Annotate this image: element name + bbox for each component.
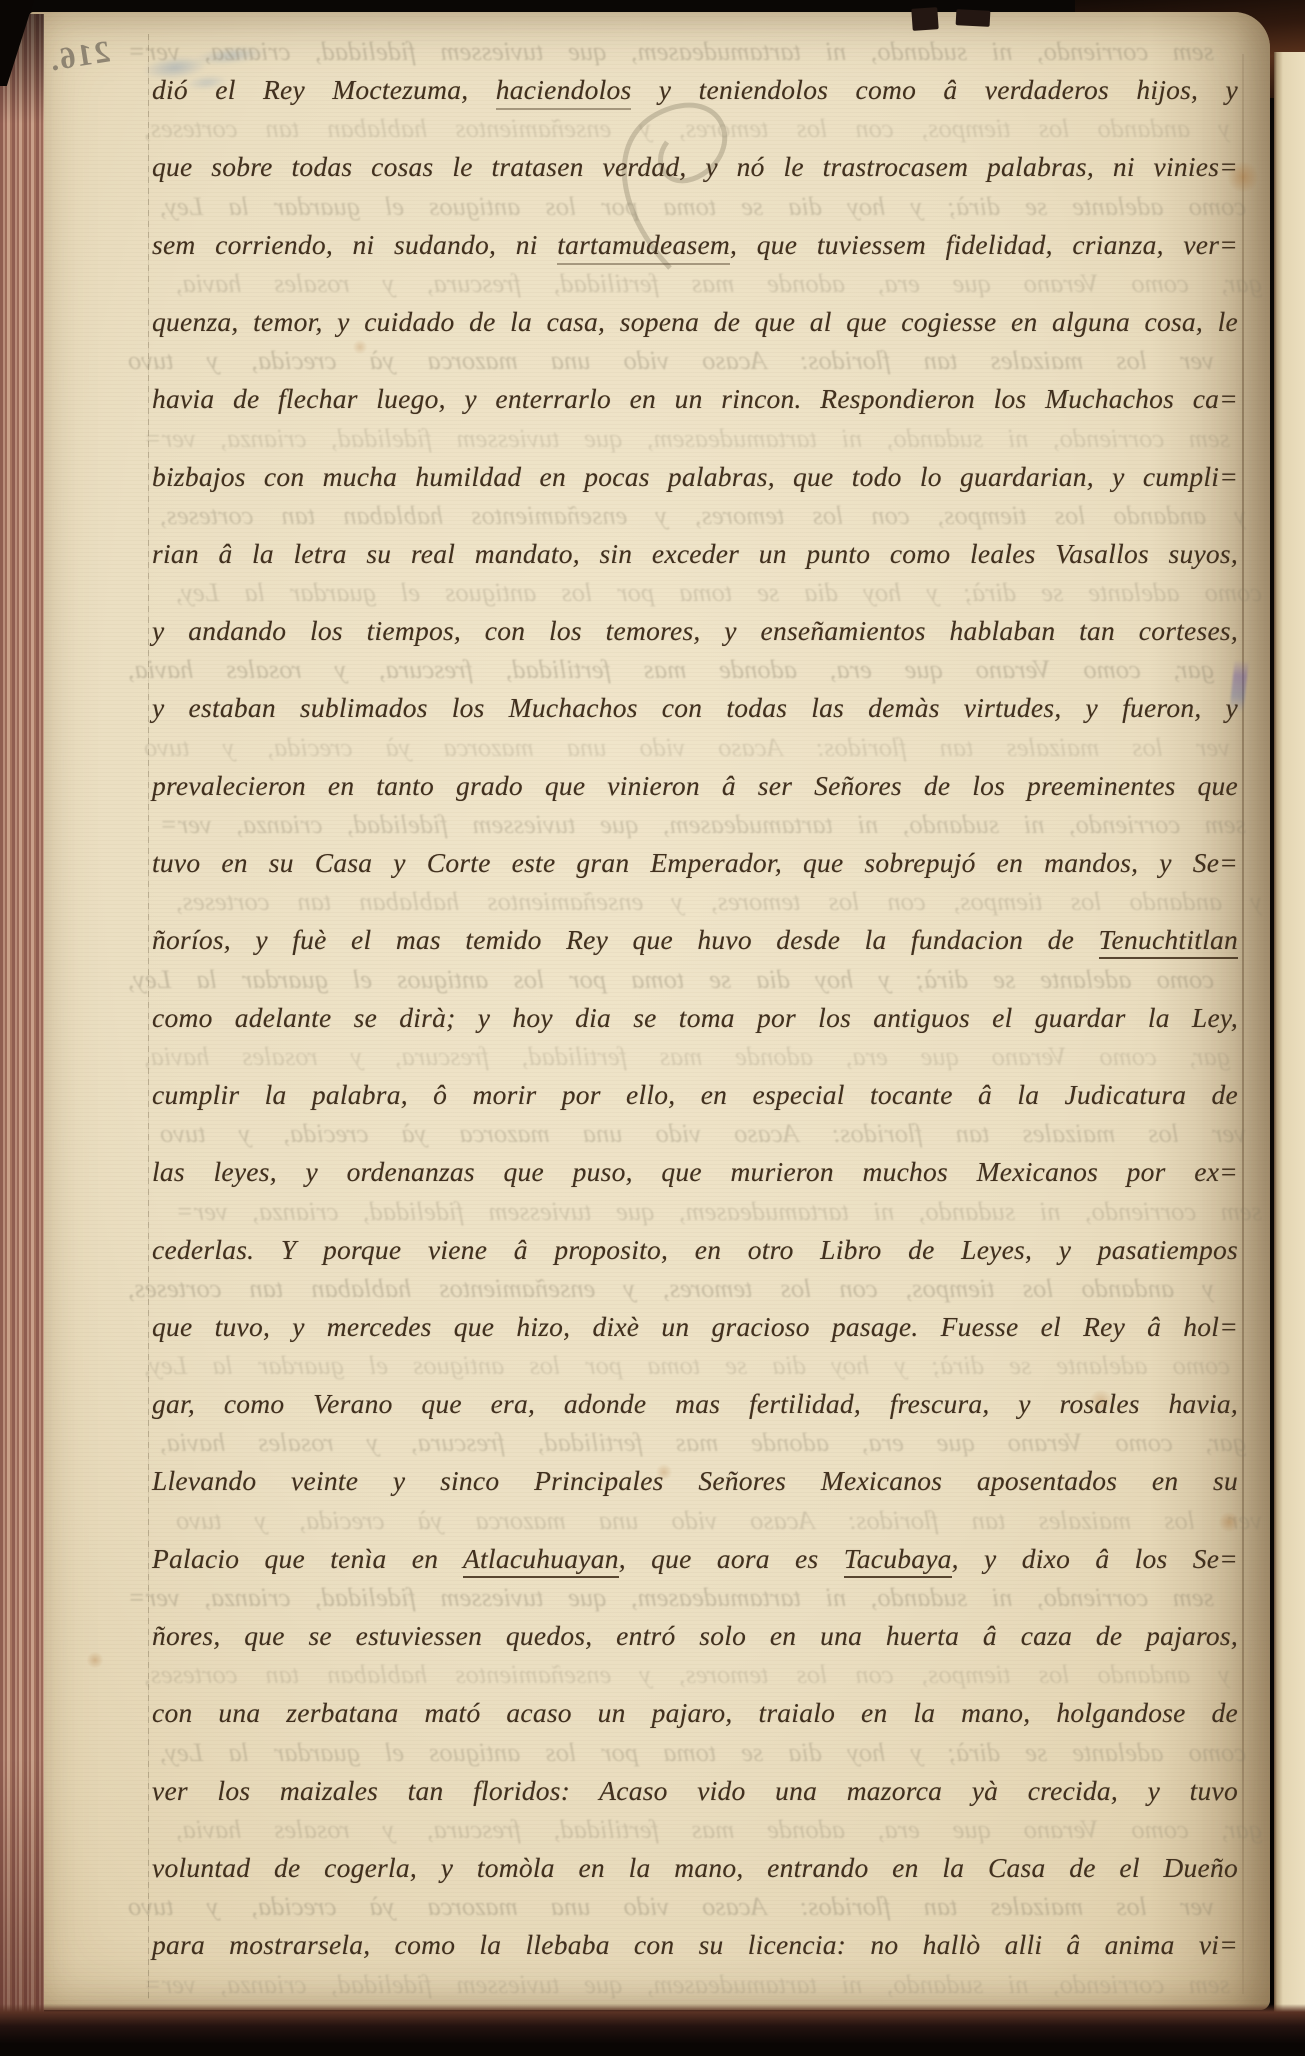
manuscript-line: que tuvo, y mercedes que hizo, dixè un g… <box>152 1311 1238 1359</box>
adjacent-page-edge <box>1274 52 1305 2014</box>
manuscript-line: y estaban sublimados los Muchachos con t… <box>152 692 1238 740</box>
manuscript-line: Palacio que tenìa en Atlacuhuayan, que a… <box>152 1543 1238 1591</box>
underlined-word: Tacubaya <box>844 1543 952 1578</box>
manuscript-line: sem corriendo, ni sudando, ni tartamudea… <box>152 229 1238 277</box>
manuscript-text: dió el Rey Moctezuma, haciendolos y teni… <box>152 74 1238 2004</box>
manuscript-line: las leyes, y ordenanzas que puso, que mu… <box>152 1156 1238 1204</box>
manuscript-line: cederlas. Y porque viene â proposito, en… <box>152 1234 1238 1282</box>
underlined-word: haciendolos <box>496 74 632 110</box>
manuscript-line: que sobre todas cosas le tratasen verdad… <box>152 151 1238 199</box>
manuscript-line: havia de flechar luego, y enterrarlo en … <box>152 383 1238 431</box>
manuscript-line: bizbajos con mucha humildad en pocas pal… <box>152 461 1238 509</box>
paper-stain <box>86 1652 104 1668</box>
bleedthrough-folio-number: 216. <box>46 33 113 78</box>
underlined-word: Atlacuhuayan <box>463 1543 619 1578</box>
manuscript-line: prevalecieron en tanto grado que viniero… <box>152 770 1238 818</box>
manuscript-line: Llevando veinte y sinco Principales Seño… <box>152 1465 1238 1513</box>
manuscript-line: y andando los tiempos, con los temores, … <box>152 615 1238 663</box>
manuscript-line: quenza, temor, y cuidado de la casa, sop… <box>152 306 1238 354</box>
manuscript-line: con una zerbatana mató acaso un pajaro, … <box>152 1697 1238 1745</box>
manuscript-page: 216. sem corriendo, ni sudando, ni tarta… <box>30 12 1270 2010</box>
underlined-word: tartamudeasem <box>557 229 730 265</box>
manuscript-line: gar, como Verano que era, adonde mas fer… <box>152 1388 1238 1436</box>
book-bottom-edge <box>0 2004 1305 2056</box>
underlined-word: Tenuchtitlan <box>1099 924 1239 959</box>
manuscript-line: voluntad de cogerla, y tomòla en la mano… <box>152 1852 1238 1900</box>
manuscript-line: ñores, que se estuviessen quedos, entró … <box>152 1620 1238 1668</box>
book-fore-edge-pages <box>0 14 44 2042</box>
binding-tab <box>911 7 938 31</box>
page-fold-line <box>1242 54 1244 1994</box>
manuscript-line: como adelante se dirà; y hoy dia se toma… <box>152 1002 1238 1050</box>
scanned-manuscript-photo: 216. sem corriendo, ni sudando, ni tarta… <box>0 0 1305 2056</box>
binding-tab <box>956 9 991 27</box>
manuscript-line: para mostrarsela, como la llebaba con su… <box>152 1929 1238 1977</box>
manuscript-line: rian â la letra su real mandato, sin exc… <box>152 538 1238 586</box>
manuscript-line: dió el Rey Moctezuma, haciendolos y teni… <box>152 74 1238 122</box>
manuscript-line: ñoríos, y fuè el mas temido Rey que huvo… <box>152 924 1238 972</box>
manuscript-line: tuvo en su Casa y Corte este gran Empera… <box>152 847 1238 895</box>
manuscript-line: cumplir la palabra, ô morir por ello, en… <box>152 1079 1238 1127</box>
margin-rule-line <box>148 34 149 1999</box>
manuscript-line: ver los maizales tan floridos: Acaso vid… <box>152 1775 1238 1823</box>
